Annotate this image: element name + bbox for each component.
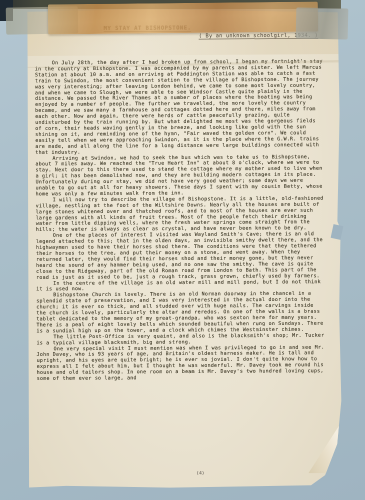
document-paper: MY STAY AT BISHOPSTONE. ( By an unknown … — [26, 8, 343, 489]
tape-strip-main — [48, 2, 318, 35]
album-page: MY STAY AT BISHOPSTONE. ( By an unknown … — [0, 0, 365, 500]
paragraph-journey: On July 28th, the day after I had broken… — [35, 59, 325, 156]
essay-body: On July 28th, the day after I had broken… — [35, 59, 326, 382]
paper-edge-tear — [331, 224, 344, 240]
paragraph-village-description: I will now try to describe the village o… — [36, 196, 325, 233]
tape-strip-right — [296, 7, 349, 39]
paragraph-wayland-smiths-cave: One of the places of interest I visited … — [36, 231, 325, 280]
paragraph-church: Bishopstone Church is lovely. There is a… — [36, 291, 325, 334]
paragraph-mr-davey: One very special visit I must mention wa… — [37, 344, 326, 381]
page-number: (4) — [196, 471, 204, 476]
paragraph-arrival: Arriving at Swindon, we had to seek the … — [35, 154, 324, 197]
typed-content: MY STAY AT BISHOPSTONE. ( By an unknown … — [35, 21, 334, 498]
